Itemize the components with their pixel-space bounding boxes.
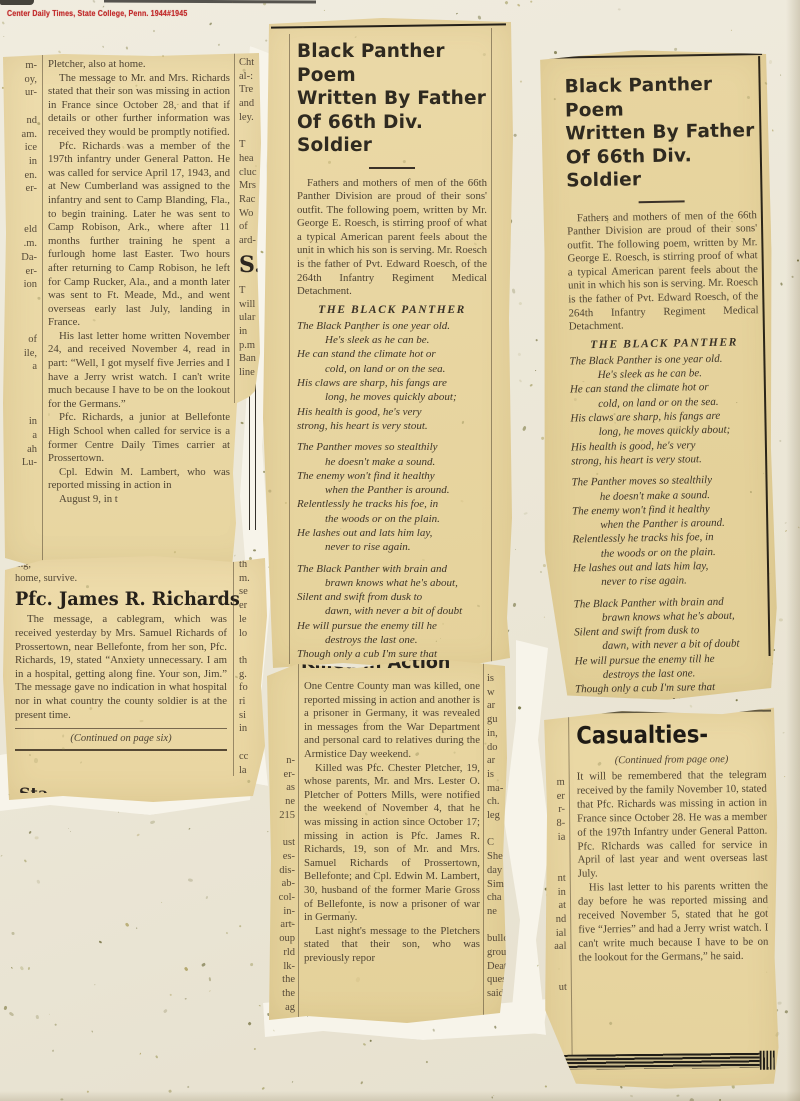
speckle (234, 555, 236, 557)
continued-note: (Continued from page one) (576, 754, 766, 767)
body-paragraph: His last letter home written November 24… (48, 330, 230, 412)
speckle (530, 1, 533, 4)
speckle (201, 963, 206, 968)
speckle (184, 967, 188, 972)
speckle (3, 36, 5, 37)
edge-fragment (5, 401, 37, 415)
speckle (519, 379, 523, 383)
edge-fragment: w (487, 686, 507, 700)
speckle (362, 1042, 366, 1046)
speckle (425, 1060, 428, 1063)
edge-fragment: home, survive. (15, 572, 227, 586)
speckle (783, 732, 785, 734)
speckle (518, 301, 522, 305)
edge-fragment: al-: (239, 70, 263, 84)
poem-line: dawn, with never a bit of doubt (325, 604, 487, 618)
edge-fragment (239, 125, 263, 139)
edge-fragment: p.m (239, 339, 263, 353)
poem-line (297, 555, 487, 562)
speckle (512, 602, 516, 607)
clipping-james-richards-article: ing,home, survive. Pfc. James R. Richard… (3, 556, 267, 802)
edge-fragments-left: merr-8-iantinatndialaalut (545, 776, 567, 995)
poem-line: never to rise again. (325, 540, 487, 554)
headline-divider (639, 200, 685, 203)
richards-headline: Pfc. James R. Richards (15, 588, 212, 610)
edge-fragment: am. (5, 128, 37, 142)
edge-fragment: ile, (5, 347, 37, 361)
speckle (28, 967, 31, 970)
speckle (370, 1039, 372, 1041)
column-rule (491, 28, 492, 668)
article-column: Black Panther PoemWritten By FatherOf 66… (564, 72, 765, 711)
edge-fragment (5, 374, 37, 388)
ornamental-border-cap (760, 1051, 775, 1070)
speckle (139, 1053, 141, 1056)
pre-fragments: ing,home, survive. (15, 558, 227, 585)
edge-fragment: nt (546, 872, 566, 886)
poem-line: The Black Panther is one year old. (297, 319, 487, 333)
speckle (544, 617, 545, 618)
edge-fragment: 8- (545, 817, 565, 831)
speckle (456, 13, 458, 15)
edge-fragment: m- (5, 59, 37, 73)
body-paragraph: Pletcher, also at home. (48, 58, 230, 72)
edge-fragment: ur- (5, 86, 37, 100)
speckle (360, 1081, 363, 1085)
speckle (187, 1086, 190, 1089)
speckle (3, 1005, 7, 1010)
edge-fragments-left: m-oy,ur-ndam.iceinen.er-eld.m.Da-er-iono… (5, 59, 37, 470)
edge-fragment: er- (269, 768, 295, 782)
poem-line: he will see that a good job is done. (575, 694, 765, 712)
edge-fragment: art- (269, 918, 295, 932)
speckle (87, 1090, 89, 1092)
edge-fragment (5, 292, 37, 306)
speckle (783, 776, 785, 778)
poem-line: He lashes out and lats him lay, (297, 526, 487, 540)
scan-shadow (786, 0, 800, 1101)
edge-fragment (487, 919, 507, 933)
speckle (170, 993, 172, 995)
edge-fragment: nd (5, 114, 37, 128)
poem-lines: The Black Panther is one year old.He's s… (569, 351, 765, 711)
headline-line: Of 66th Div. Soldier (297, 111, 487, 158)
body-paragraph: Pfc. Richards, a junior at Bellefonte Hi… (48, 411, 230, 465)
speckle (784, 521, 786, 523)
speckle (620, 1086, 623, 1089)
speckle (60, 1098, 63, 1100)
poem-line: destroys the last one. (325, 633, 487, 647)
edge-fragment: ing, (15, 558, 227, 572)
edge-fragment: ri (239, 695, 265, 709)
speckle (530, 384, 533, 387)
poem-line: Though only a cub I'm sure that (575, 679, 765, 697)
article-body: Pletcher, also at home.The message to Mr… (48, 58, 230, 507)
speckle (504, 0, 508, 4)
poem-line: the woods or on the plain. (325, 512, 487, 526)
speckle (1, 855, 3, 857)
column-rule (234, 53, 235, 403)
poem-intro: Fathers and mothers of men of the 66th P… (297, 177, 487, 299)
poem-line: The Panther moves so stealthily (297, 440, 487, 454)
poem-lines: The Black Panther is one year old.He's s… (297, 319, 487, 676)
speckle (155, 1055, 159, 1059)
speckle (37, 879, 41, 883)
edge-fragment: bullo (487, 932, 507, 946)
edge-fragment: leg (487, 809, 507, 823)
headline-line: Black Panther Poem (564, 72, 755, 122)
body-paragraph: It will be remembered that the telegram … (577, 769, 768, 882)
edge-fragment (5, 306, 37, 320)
body-paragraph: His last letter to his parents written t… (578, 880, 769, 965)
speckle (292, 1081, 294, 1083)
poem-line: brawn knows what he's about, (325, 576, 487, 590)
clipping-missing-in-action-article: m-oy,ur-ndam.iceinen.er-eld.m.Da-er-iono… (3, 53, 261, 567)
speckle (493, 1095, 494, 1096)
edge-fragment: at (546, 899, 566, 913)
edge-fragment: ab- (269, 877, 295, 891)
edge-fragment: tom (487, 1042, 507, 1056)
body-paragraph: The message to Mr. and Mrs. Richards sta… (48, 72, 230, 140)
headline-line: Black Panther Poem (297, 40, 487, 87)
edge-fragment: in (239, 722, 265, 736)
speckle (540, 571, 542, 573)
torn-rule (271, 23, 506, 28)
column-rule (233, 556, 234, 776)
speckle (676, 1094, 680, 1097)
cutoff-headline-fragment: Sta (19, 784, 79, 793)
edge-fragment (546, 858, 566, 872)
edge-fragment: th (239, 558, 265, 572)
speckle (261, 1087, 265, 1091)
speckle (1, 21, 4, 24)
headline-line: Written By Father (565, 119, 755, 146)
edge-fragment: day (487, 864, 507, 878)
speckle (731, 30, 732, 31)
edge-fragment (269, 823, 295, 837)
speckle (541, 437, 545, 441)
poem-headline: Black Panther PoemWritten By FatherOf 66… (564, 72, 756, 193)
poem-line: long, he moves quickly about; (325, 390, 487, 404)
edge-fragment: is (487, 672, 507, 686)
edge-fragment (239, 736, 265, 750)
article-column: ing,home, survive. Pfc. James R. Richard… (15, 558, 227, 751)
edge-fragment: rld (269, 946, 295, 960)
scrapbook-page: Center Daily Times, State College, Penn.… (0, 0, 800, 1101)
speckle (689, 705, 692, 708)
edge-fragment: Deat (487, 960, 507, 974)
speckle (518, 352, 522, 356)
edge-fragment: si (239, 709, 265, 723)
edge-fragment: C (487, 836, 507, 850)
edge-fragment: said. (487, 987, 507, 1001)
speckle (70, 831, 71, 832)
torn-rule (540, 53, 762, 59)
speckle (208, 990, 210, 992)
article-body: One Centre County man was killed, one re… (304, 680, 480, 965)
speckle (780, 282, 783, 285)
speckle (99, 940, 102, 943)
edge-fragment: as (269, 781, 295, 795)
speckle (238, 925, 241, 928)
edge-fragment: ice (5, 141, 37, 155)
body-paragraph: Killed was Pfc. Chester Pletcher, 19, wh… (304, 762, 480, 925)
scan-annotation: Center Daily Times, State College, Penn.… (7, 8, 187, 18)
speckle (12, 932, 15, 935)
edge-fragment: lk- (269, 960, 295, 974)
edge-fragment: in, (487, 727, 507, 741)
speckle (780, 75, 781, 76)
edge-fragment: ley. (239, 111, 263, 125)
poem-line: Silent and swift from dusk to (297, 590, 487, 604)
speckle (218, 44, 220, 46)
speckle (534, 370, 536, 372)
speckle (250, 963, 254, 966)
edge-fragment: T (239, 138, 263, 152)
speckle (36, 1015, 39, 1019)
torn-rule (566, 710, 771, 714)
poem-line: He will pursue the enemy till he (297, 619, 487, 633)
edge-fragment (5, 319, 37, 333)
edge-fragment: ion (5, 278, 37, 292)
speckle (161, 902, 163, 904)
speckle (554, 51, 557, 55)
speckle (791, 276, 793, 278)
speckle (674, 48, 677, 51)
poem-line: His health is good, he's very (297, 405, 487, 419)
poem-line: he doesn't make a sound. (325, 455, 487, 469)
edge-fragment: ch. (487, 795, 507, 809)
scan-shadow (0, 1091, 800, 1101)
speckle (188, 828, 190, 830)
headline-divider (369, 167, 415, 169)
speckle (19, 966, 24, 971)
speckle (772, 130, 774, 132)
speckle (797, 527, 799, 529)
speckle (736, 699, 738, 701)
ornamental-border (548, 1053, 760, 1070)
poem-line: He's sleek as he can be. (325, 333, 487, 347)
speckle (24, 859, 27, 862)
speckle (49, 1013, 50, 1014)
continued-note: (Continued on page six) (15, 728, 227, 751)
edge-fragment: a (5, 360, 37, 374)
poem-line: Though only a cub I'm sure that (297, 647, 487, 661)
poem-line: when the Panther is around. (325, 483, 487, 497)
edge-fragment: es- (269, 850, 295, 864)
edge-fragment: se (239, 585, 265, 599)
speckle (545, 1085, 548, 1088)
edge-fragment (5, 210, 37, 224)
edge-fragment (5, 100, 37, 114)
speckle (168, 1090, 171, 1093)
speckle (10, 967, 12, 969)
edge-fragment: aal (546, 940, 566, 954)
edge-fragment: ia (545, 831, 565, 845)
speckle (240, 422, 243, 425)
poem-line: The enemy won't find it healthy (297, 469, 487, 483)
edge-fragment: n- (269, 754, 295, 768)
column-rule (483, 658, 484, 1023)
speckle (209, 977, 212, 981)
edge-fragment: She (487, 850, 507, 864)
speckle (543, 564, 546, 567)
speckle (630, 1094, 633, 1097)
scan-edge-line (104, 0, 316, 3)
edge-fragment: le (239, 613, 265, 627)
speckle (779, 618, 784, 622)
speckle (785, 529, 787, 531)
speckle (150, 820, 156, 824)
speckle (102, 46, 104, 48)
speckle (491, 1096, 493, 1098)
speckle (769, 60, 773, 65)
speckle (523, 511, 527, 514)
edge-fragment (545, 844, 565, 858)
clipping-casualties-article: merr-8-iantinatndialaalut Casualties- (C… (542, 708, 780, 1090)
speckle (126, 47, 128, 50)
edge-fragment: hea (239, 152, 263, 166)
poem-line: The Black Panther with brain and (297, 562, 487, 576)
speckle (259, 1005, 261, 1007)
edge-fragment: m (545, 776, 565, 790)
speckle (777, 1002, 781, 1005)
poem-headline: Black Panther PoemWritten By FatherOf 66… (297, 40, 487, 158)
speckle (92, 0, 95, 3)
column-rule (298, 658, 299, 1023)
speckle (8, 1012, 13, 1017)
scan-smudge (0, 0, 34, 5)
torn-paper-edge (500, 640, 552, 1035)
speckle (518, 3, 521, 6)
edge-fragment: Sim (487, 878, 507, 892)
edge-fragment: oy, (5, 73, 37, 87)
speckle (265, 40, 268, 43)
edge-fragment: th (239, 654, 265, 668)
speckle (254, 1048, 256, 1050)
clipping-killed-in-action-article: Killed in Action n-er-asne215ustes-dis-a… (267, 658, 507, 1023)
edge-fragments-right: iswarguin,doarisma-ch.legCShedaySimchane… (487, 672, 507, 1056)
edge-fragment: ma- (487, 782, 507, 796)
body-paragraph: Cpl. Edwin M. Lambert, who was reported … (48, 466, 230, 493)
speckle (206, 896, 209, 899)
edge-fragment: in- (269, 905, 295, 919)
edge-fragment: in (5, 415, 37, 429)
poem-line: Relentlessly he tracks his foe, in (297, 497, 487, 511)
speckle (94, 984, 96, 986)
edge-fragment: er (239, 599, 265, 613)
edge-fragment: en. (5, 169, 37, 183)
casualties-headline: Casualties- (576, 720, 743, 750)
edge-fragment: ial (546, 926, 566, 940)
speckle (91, 1030, 93, 1033)
body-paragraph: One Centre County man was killed, one re… (304, 680, 480, 762)
edge-fragment: grou (487, 946, 507, 960)
column-rule (568, 716, 573, 1066)
edge-fragment: a (5, 429, 37, 443)
edge-fragments-right: thm.seerlelothg.forisiinccla (239, 558, 265, 777)
speckle (125, 923, 129, 928)
poem-line: He can stand the climate hot or (297, 347, 487, 361)
poem-line: strong, his heart is very stout. (297, 419, 487, 433)
edge-fragment: g. (239, 668, 265, 682)
speckle (184, 998, 186, 999)
body-paragraph: Last night's message to the Pletchers st… (304, 925, 480, 966)
edge-fragment: m. (239, 572, 265, 586)
edge-fragment: cluc (239, 166, 263, 180)
speckle (784, 1010, 788, 1014)
speckle (779, 440, 782, 443)
speckle (153, 29, 156, 32)
edge-fragment: the (269, 987, 295, 1001)
article-column: Casualties- (Continued from page one) It… (576, 720, 769, 966)
article-column: Black Panther PoemWritten By FatherOf 66… (297, 40, 487, 676)
speckle (58, 50, 62, 54)
body-paragraph: Pfc. Richards was a member of the 197th … (48, 140, 230, 330)
edge-fragment: Da- (5, 251, 37, 265)
edge-fragment: 215 (269, 809, 295, 823)
poem-intro: Fathers and mothers of men of the 66th P… (567, 209, 759, 335)
poem-title: THE BLACK PANTHER (297, 304, 487, 316)
poem-title: THE BLACK PANTHER (569, 336, 759, 351)
speckle (136, 833, 139, 836)
edge-fragment: col- (269, 891, 295, 905)
edge-fragment: cc (239, 750, 265, 764)
speckle (118, 812, 119, 813)
edge-fragment: eld (5, 223, 37, 237)
speckle (536, 339, 538, 342)
edge-fragment: er- (5, 182, 37, 196)
edge-fragment: Tre (239, 83, 263, 97)
speckle (514, 133, 518, 137)
speckle (519, 80, 522, 82)
speckle (511, 289, 515, 294)
speckle (163, 1009, 168, 1014)
column-rule (42, 53, 43, 567)
edge-fragment: ne (269, 795, 295, 809)
clipping-panther-poem-2: Black Panther PoemWritten By FatherOf 66… (536, 48, 779, 702)
speckle (226, 931, 228, 933)
edge-fragment (239, 640, 265, 654)
speckle (478, 16, 482, 20)
edge-fragment: and (239, 97, 263, 111)
edge-fragment: fo (239, 681, 265, 695)
speckle (324, 10, 325, 11)
poem-line (297, 433, 487, 440)
speckle (617, 8, 621, 11)
edge-fragment: Lu- (5, 456, 37, 470)
edge-fragment: in (546, 885, 566, 899)
speckle (797, 260, 799, 262)
edge-fragment: lo (239, 627, 265, 641)
edge-fragment: er- (5, 265, 37, 279)
headline-line: Written By Father (297, 87, 487, 111)
edge-fragment: cha (487, 891, 507, 905)
speckle (187, 878, 192, 882)
speckle (267, 831, 268, 832)
edge-fragment: ne (487, 905, 507, 919)
edge-fragment (547, 954, 567, 968)
edge-fragments-left: n-er-asne215ustes-dis-ab-col-in-art-oupr… (269, 754, 295, 1014)
edge-fragment: ust (269, 836, 295, 850)
edge-fragment: nd (546, 913, 566, 927)
richards-body: The message, a cablegram, which was rece… (15, 613, 227, 722)
edge-fragment: do (487, 741, 507, 755)
edge-fragment (547, 968, 567, 982)
clipping-panther-poem-1: Black Panther PoemWritten By FatherOf 66… (263, 18, 513, 670)
speckle (522, 426, 527, 431)
poem-line: His claws are sharp, his fangs are (297, 376, 487, 390)
